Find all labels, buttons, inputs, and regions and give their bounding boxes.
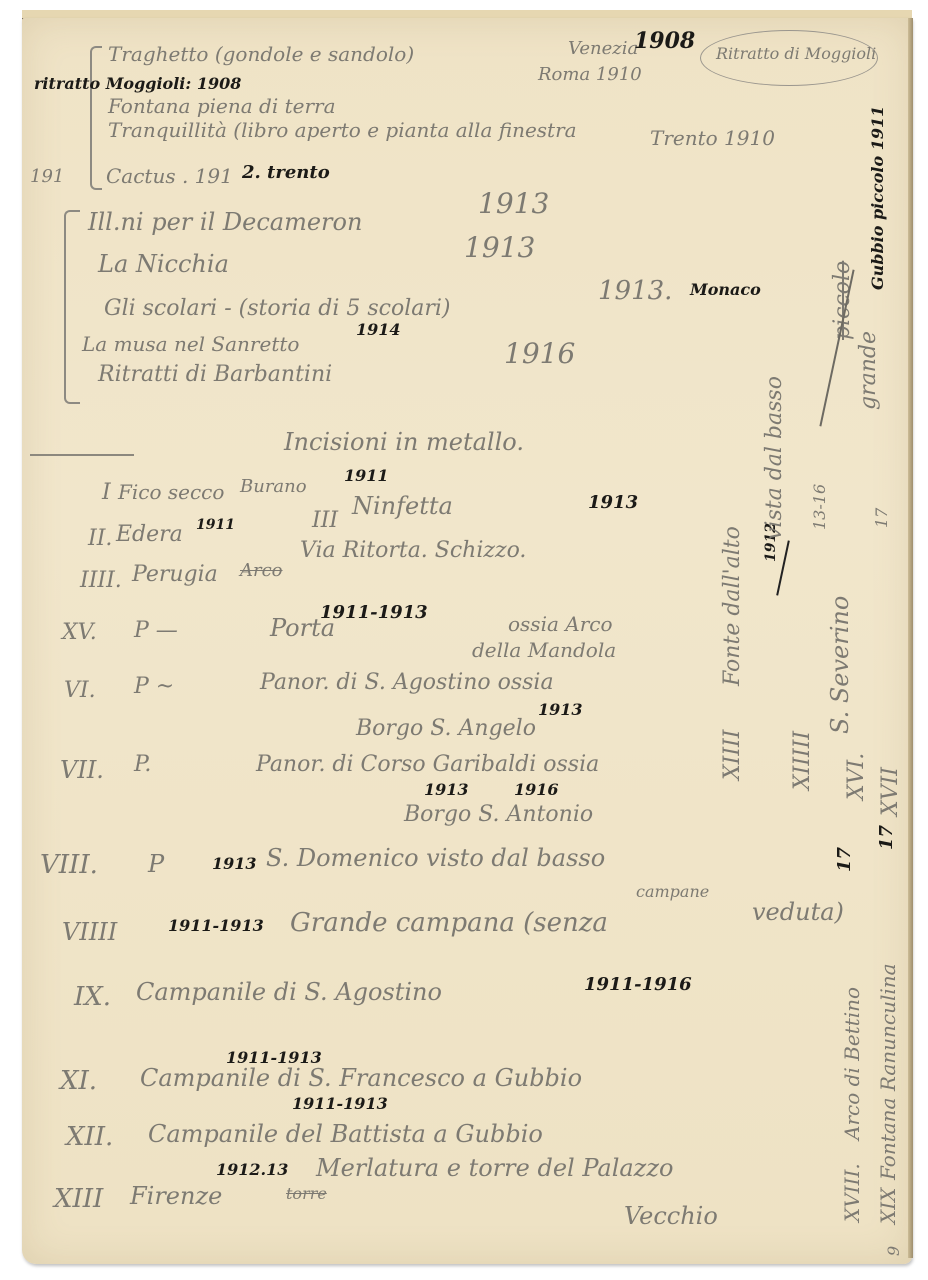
annotation-venezia: Venezia — [568, 40, 638, 58]
etching-numeral: VII. — [60, 758, 104, 782]
etching-title: Firenze — [130, 1184, 222, 1208]
etching-year: 1913 — [424, 782, 469, 798]
illustration-nicchia-year: 1913 — [464, 234, 535, 262]
illustration-musa: La musa nel Sanretto — [82, 334, 299, 354]
etching-year: 1913 — [212, 856, 257, 872]
etching-title: Ninfetta — [352, 494, 453, 518]
illustration-musa-year: 1914 — [356, 322, 401, 338]
etching-year: 1913 — [588, 494, 638, 512]
etching-numeral: XV. — [62, 622, 97, 644]
illustration-scolari: Gli scolari - (storia di 5 scolari) — [104, 298, 451, 320]
etching-subtitle: Merlatura e torre del Palazzo — [316, 1156, 673, 1180]
etching-subtitle: Via Ritorta. Schizzo. — [300, 540, 526, 562]
etching-title: Fico secco — [118, 482, 224, 502]
vertical-xvii-numeral: XVII — [880, 767, 902, 816]
illustration-decameron: Ill.ni per il Decameron — [88, 210, 362, 234]
top-line-traghetto: Traghetto (gondole e sandolo) — [108, 44, 414, 64]
vertical-xviii-numeral: XVIII. — [842, 1163, 862, 1222]
etching-numeral: XII. — [66, 1124, 113, 1150]
vertical-piccolo-struck: piccolo — [832, 261, 854, 340]
vertical-xvi-year2: 17 — [874, 508, 890, 528]
top-line-tranquillita: Tranquillità (libro aperto e pianta alla… — [108, 120, 577, 140]
illustration-scolari-place: Monaco — [690, 282, 761, 298]
etching-year: 1912.13 — [216, 1162, 288, 1178]
etching-numeral: I — [102, 482, 111, 504]
etching-numeral: VIIII — [62, 920, 117, 944]
top-line-fontana: Fontana piena di terra — [108, 96, 336, 116]
etching-year: 1911 — [344, 468, 389, 484]
oval-annotation: Ritratto di Moggioli — [716, 46, 876, 62]
vertical-grande: grande — [858, 331, 880, 410]
vertical-xvi-years: 13-16 — [812, 484, 828, 530]
vertical-xvi-numeral: XVI. — [846, 753, 868, 800]
vertical-xviii-title: Arco di Bettino — [842, 987, 862, 1140]
etching-title: Panor. di Corso Garibaldi ossia — [256, 754, 599, 776]
etching-numeral: IIII. — [80, 570, 122, 592]
etching-struck-word: Arco — [240, 562, 283, 580]
etching-prefix: P ~ — [134, 676, 174, 698]
etching-year: 1911 — [196, 518, 235, 532]
vertical-xix-numeral: XIX — [878, 1188, 898, 1224]
etching-numeral: XI. — [60, 1068, 97, 1094]
section-divider — [30, 454, 134, 456]
etching-struck-word: torre — [286, 1186, 327, 1202]
etching-title: Campanile di S. Francesco a Gubbio — [140, 1066, 582, 1090]
vertical-gubbio-note: Gubbio piccolo 1911 — [870, 106, 886, 290]
etching-numeral: VIII. — [40, 852, 98, 878]
etching-numeral: XIII — [54, 1186, 103, 1212]
page-number: 9 — [886, 1246, 902, 1256]
etching-title-2: Borgo S. Angelo — [356, 718, 536, 740]
vertical-xiiiii-title: vista dal basso — [764, 376, 786, 540]
vertical-xiiii-numeral: XIIII — [722, 730, 744, 780]
etching-subtitle: ossia Arco — [508, 614, 613, 634]
etching-title: Campanile di S. Agostino — [136, 980, 442, 1004]
etching-numeral: III — [312, 510, 338, 532]
illustration-decameron-year: 1913 — [478, 190, 549, 218]
vertical-xix-year: 17 — [878, 825, 896, 850]
etching-title: Perugia — [132, 564, 218, 586]
etching-title-2: Borgo S. Antonio — [404, 804, 593, 826]
annotation-venezia-year: 1908 — [634, 30, 695, 52]
etching-numeral: VI. — [64, 680, 96, 702]
vertical-xiiiii-numeral: XIIIII — [792, 731, 814, 790]
etching-year: 1913 — [538, 702, 583, 718]
etching-title: Edera — [116, 524, 183, 546]
etchings-title: Incisioni in metallo. — [284, 430, 524, 454]
illustrations-bracket — [64, 210, 80, 404]
annotation-roma: Roma 1910 — [538, 66, 642, 84]
annotation-cactus-trento: 2. trento — [242, 164, 330, 182]
illustration-barbantini-year: 1916 — [504, 340, 575, 368]
etching-year: 1911-1913 — [168, 918, 264, 934]
etching-title: S. Domenico visto dal basso — [266, 846, 605, 870]
vertical-xix-title: Fontana Ranunculina — [878, 963, 898, 1180]
etching-subtitle-2: della Mandola — [472, 640, 616, 660]
etching-numeral: IX. — [74, 984, 111, 1010]
etching-prefix: P — — [134, 620, 178, 642]
etching-title: Campanile del Battista a Gubbio — [148, 1122, 543, 1146]
vertical-xvi-title: S. Severino — [828, 596, 852, 734]
etching-above-note: campane — [636, 884, 709, 900]
etching-prefix: P — [148, 852, 164, 876]
illustration-scolari-year: 1913. — [598, 278, 672, 304]
left-margin-year: 191 — [30, 168, 64, 186]
illustration-barbantini: Ritratti di Barbantini — [98, 364, 332, 386]
vertical-xiiii-title: Fonte dall'alto — [722, 526, 744, 686]
etching-prefix: P. — [134, 754, 151, 776]
top-line-cactus: Cactus . 191 — [106, 166, 233, 186]
illustration-nicchia: La Nicchia — [98, 252, 229, 276]
etching-year: 1911-1913 — [320, 604, 428, 622]
etching-subtitle-2: Vecchio — [624, 1204, 718, 1228]
annotation-trento: Trento 1910 — [650, 128, 775, 148]
etching-year: 1911-1913 — [292, 1096, 388, 1112]
etching-title: Grande campana (senza — [290, 910, 608, 936]
etching-place: Burano — [240, 478, 307, 496]
page-right-edge — [908, 18, 913, 1258]
etching-title: Panor. di S. Agostino ossia — [260, 672, 554, 694]
etching-subtitle: veduta) — [752, 900, 844, 924]
vertical-xviii-year: 17 — [836, 847, 854, 872]
etching-numeral: II. — [88, 528, 112, 550]
etching-year-2: 1916 — [514, 782, 559, 798]
top-bracket — [90, 46, 102, 190]
annotation-ritratto-moggioli: ritratto Moggioli: 1908 — [34, 76, 241, 92]
etching-year: 1911-1916 — [584, 976, 692, 994]
